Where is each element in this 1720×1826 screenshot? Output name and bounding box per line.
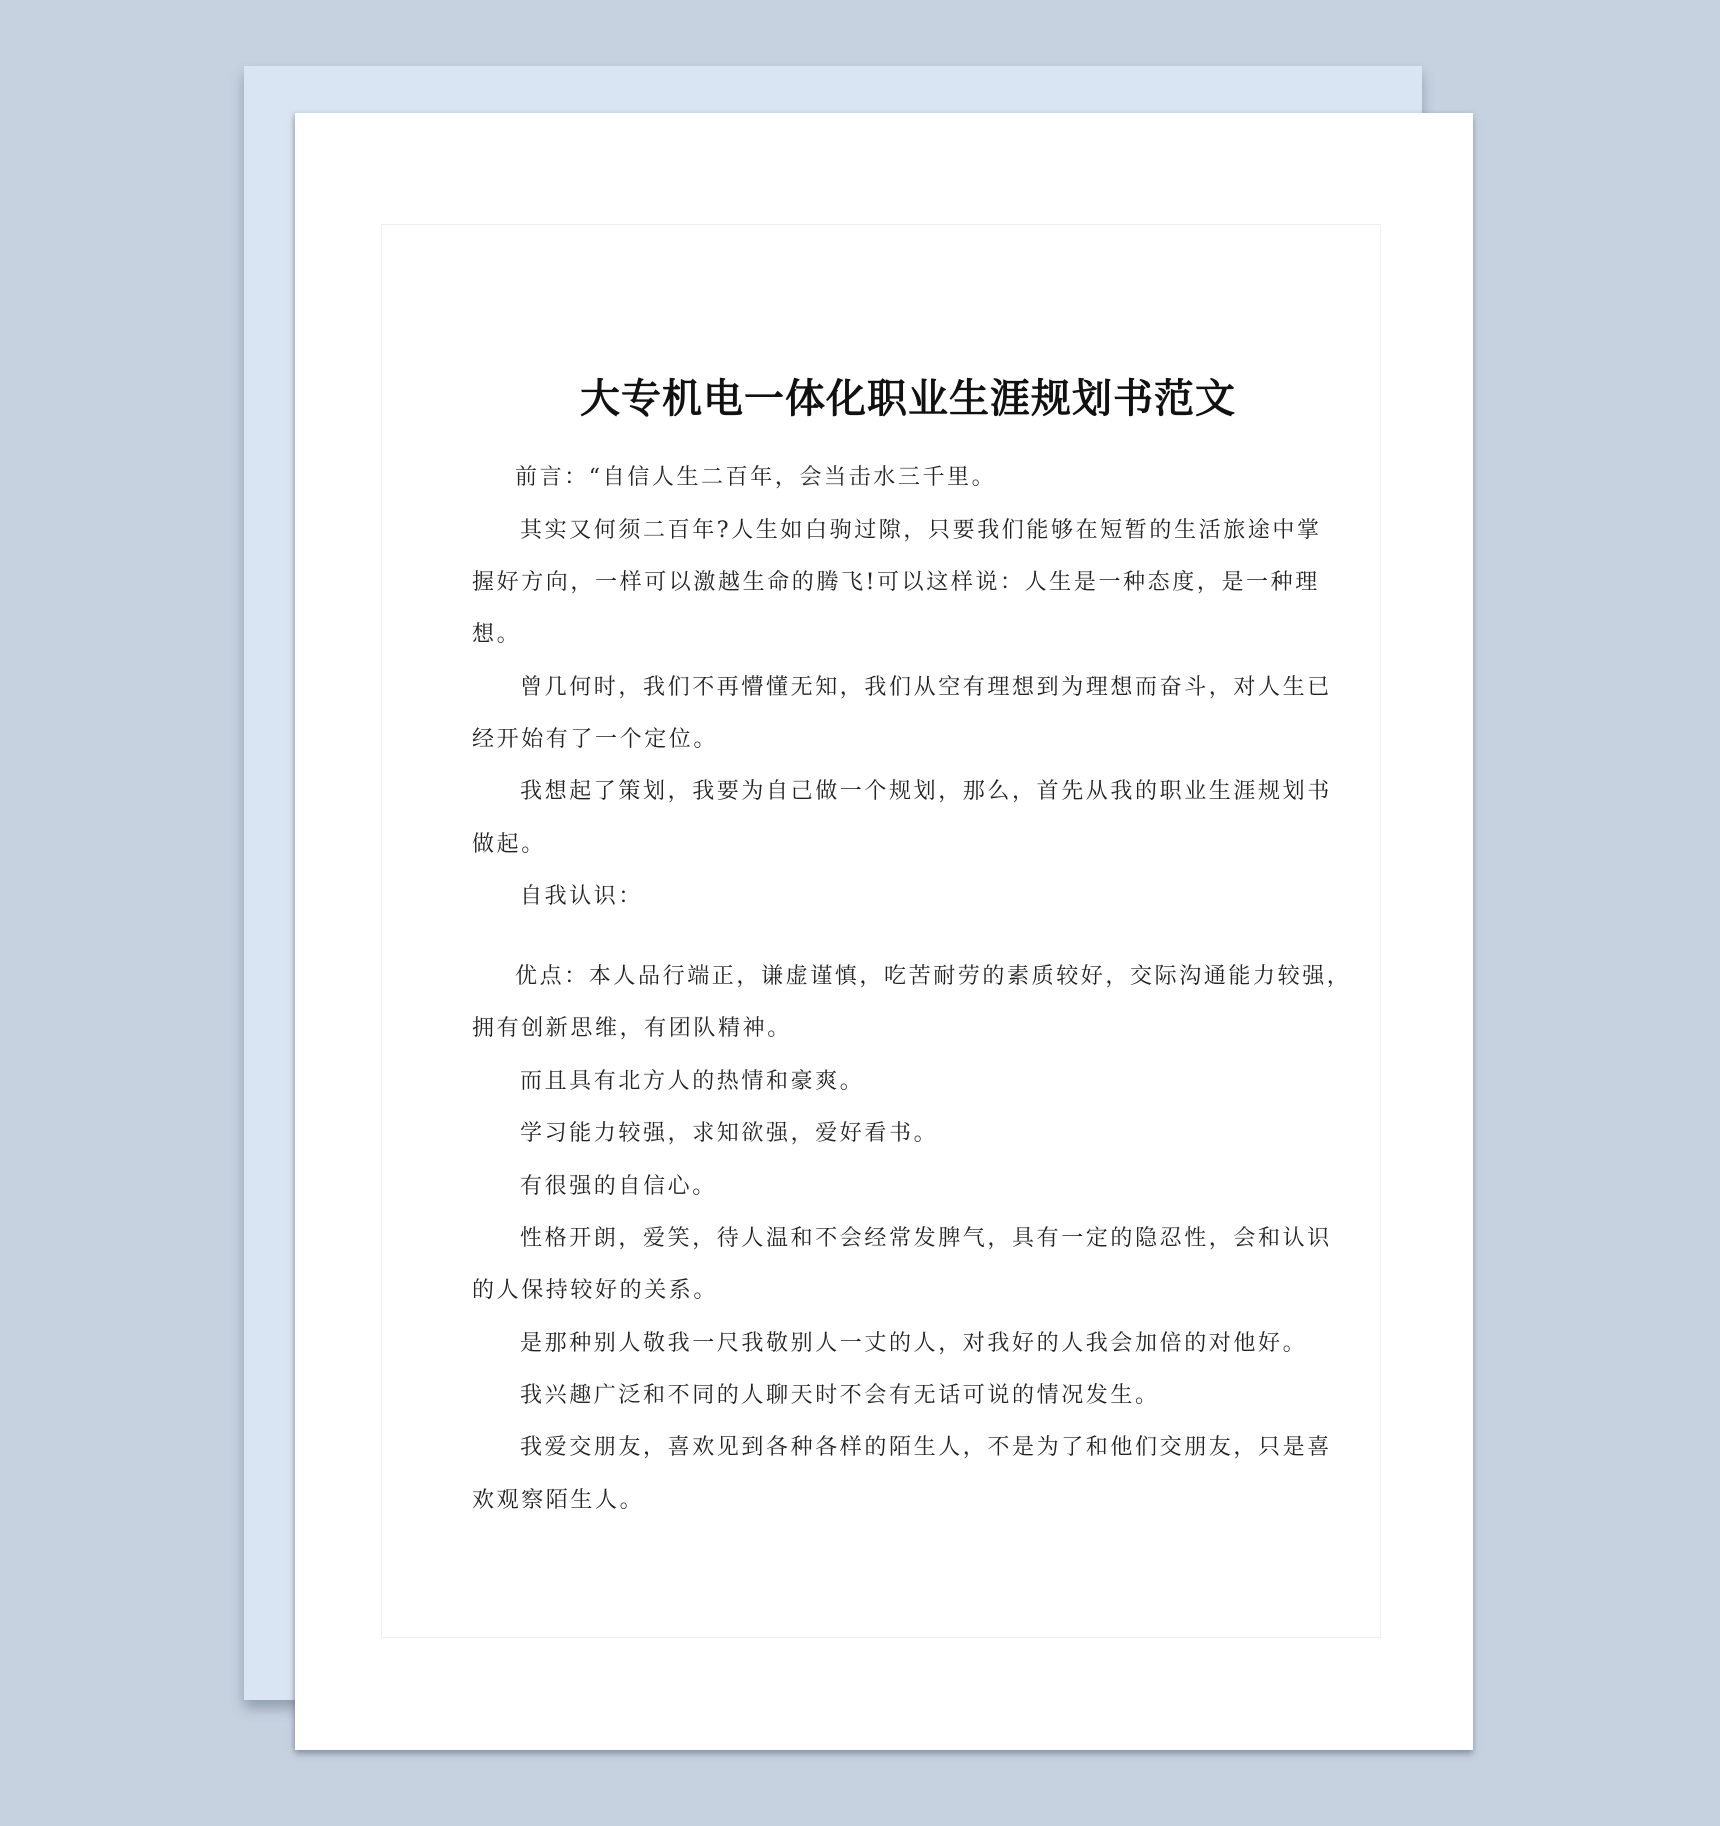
paragraph-line: 握好方向，一样可以激越生命的腾飞!可以这样说：人生是一种态度，是一种理 [472,568,1294,598]
paragraph-line: 优点：本人品行端正，谦虚谨慎，吃苦耐劳的素质较好，交际沟通能力较强， [515,962,1337,992]
paragraph-line: 而且具有北方人的热情和豪爽。 [520,1067,1342,1097]
paragraph-line: 学习能力较强，求知欲强，爱好看书。 [520,1119,1342,1149]
paragraph-line: 欢观察陌生人。 [472,1486,1294,1516]
paragraph-line: 我兴趣广泛和不同的人聊天时不会有无话可说的情况发生。 [520,1381,1342,1411]
paragraph-line: 经开始有了一个定位。 [472,725,1294,755]
paragraph-line: 曾几何时，我们不再懵懂无知，我们从空有理想到为理想而奋斗，对人生已 [520,673,1342,703]
paragraph-line: 其实又何须二百年?人生如白驹过隙，只要我们能够在短暂的生活旅途中掌 [520,516,1342,546]
paragraph-line: 我想起了策划，我要为自己做一个规划，那么，首先从我的职业生涯规划书 [520,777,1342,807]
paragraph-line: 前言：“自信人生二百年，会当击水三千里。 [515,463,1337,493]
document-page: 大专机电一体化职业生涯规划书范文 前言：“自信人生二百年，会当击水三千里。 其实… [295,113,1473,1750]
paragraph-line: 想。 [472,620,1294,650]
paragraph-line: 拥有创新思维，有团队精神。 [472,1014,1294,1044]
page-margin-frame [381,224,1381,1638]
section-heading-self-awareness: 自我认识： [520,882,1342,912]
paragraph-line: 我爱交朋友，喜欢见到各种各样的陌生人，不是为了和他们交朋友，只是喜 [520,1433,1342,1463]
paragraph-line: 性格开朗，爱笑，待人温和不会经常发脾气，具有一定的隐忍性，会和认识 [520,1224,1342,1254]
document-title: 大专机电一体化职业生涯规划书范文 [295,375,1473,423]
paragraph-line: 有很强的自信心。 [520,1172,1342,1202]
paragraph-line: 的人保持较好的关系。 [472,1276,1294,1306]
paragraph-line: 是那种别人敬我一尺我敬别人一丈的人，对我好的人我会加倍的对他好。 [520,1329,1342,1359]
paragraph-line: 做起。 [472,830,1294,860]
